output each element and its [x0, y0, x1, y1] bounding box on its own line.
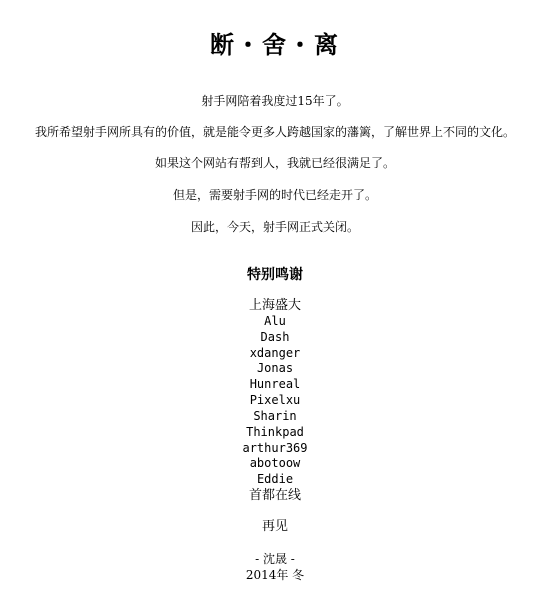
paragraph-satisfied: 如果这个网站有帮到人，我就已经很满足了。	[0, 155, 550, 171]
list-item: Hunreal	[0, 377, 550, 393]
list-item: Sharin	[0, 409, 550, 425]
list-item: Eddie	[0, 472, 550, 488]
list-item: 首都在线	[0, 488, 550, 504]
paragraph-years: 射手网陪着我度过15年了。	[0, 93, 550, 109]
list-item: Jonas	[0, 361, 550, 377]
paragraph-value: 我所希望射手网所具有的价值，就是能令更多人跨越国家的藩篱，了解世界上不同的文化。	[0, 124, 550, 140]
list-item: 上海盛大	[0, 298, 550, 314]
list-item: xdanger	[0, 346, 550, 362]
list-item: Thinkpad	[0, 425, 550, 441]
thanks-list: 上海盛大 Alu Dash xdanger Jonas Hunreal Pixe…	[0, 298, 550, 504]
paragraph-era: 但是，需要射手网的时代已经走开了。	[0, 187, 550, 203]
list-item: arthur369	[0, 441, 550, 457]
signature: - 沈晟 -	[0, 551, 550, 567]
farewell-text: 再见	[0, 519, 550, 535]
list-item: Alu	[0, 314, 550, 330]
list-item: Pixelxu	[0, 393, 550, 409]
paragraph-closing: 因此，今天，射手网正式关闭。	[0, 219, 550, 235]
list-item: abotoow	[0, 456, 550, 472]
date-text: 2014年 冬	[0, 567, 550, 583]
list-item: Dash	[0, 330, 550, 346]
thanks-heading: 特别鸣谢	[0, 266, 550, 284]
page-title: 断・舍・离	[0, 30, 550, 60]
